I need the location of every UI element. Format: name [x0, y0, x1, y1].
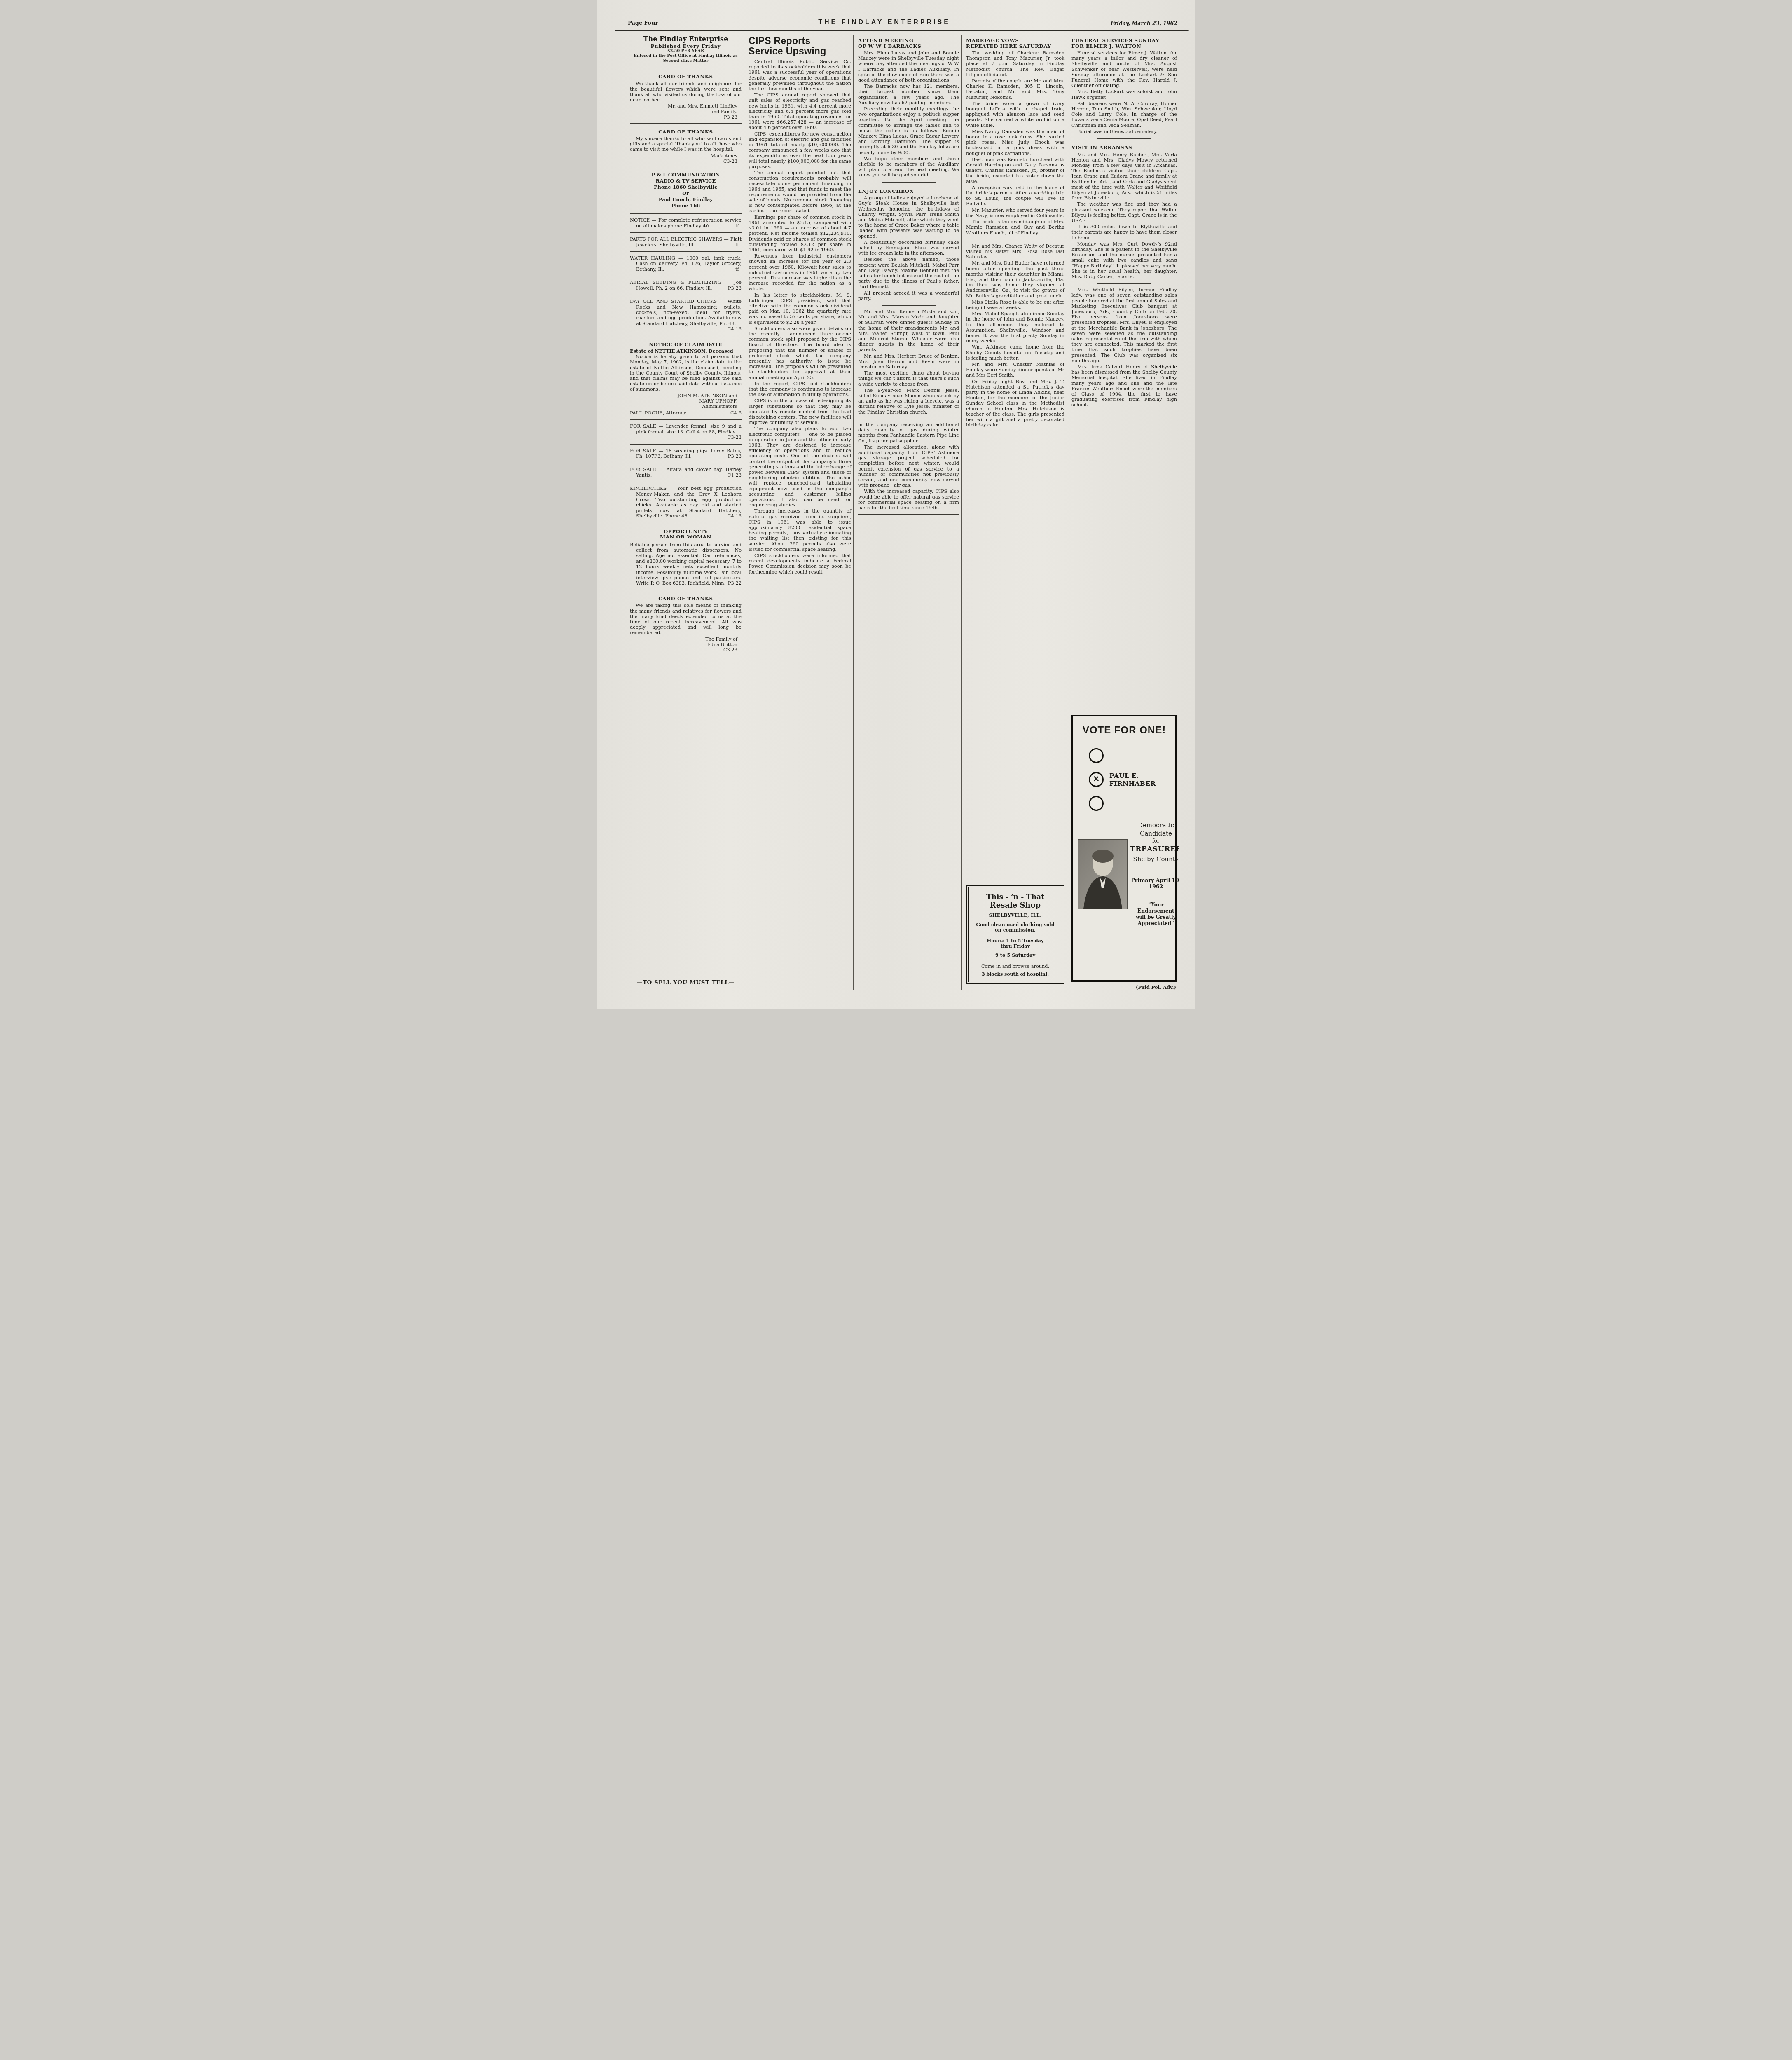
paragraph: CIPS’ expenditures for new construction … [749, 131, 851, 169]
section-rule [630, 167, 742, 167]
issue-date: Friday, March 23, 1962 [1111, 20, 1177, 26]
resale-shop-ad: This - ’n - ThatResale ShopSHELBYVILLE, … [966, 885, 1064, 985]
classified-code: tf [739, 242, 742, 248]
ad-address: 3 blocks south of hospital. [971, 971, 1060, 977]
paragraph: Mrs. Betty Lockart was soloist and John … [1071, 89, 1177, 100]
paragraph: Mr. and Mrs. Dail Butler have returned h… [966, 260, 1064, 298]
section-rule [630, 336, 742, 336]
ad-invite: Come in and browse around. [971, 964, 1060, 969]
headline-line: MAN OR WOMAN [630, 534, 742, 540]
ad-title: This - ’n - That [971, 893, 1060, 901]
ad-hours-line: Hours: 1 to 5 Tuesday [971, 938, 1060, 944]
classified-ad: FOR SALE — Alfalfa and clover hay. Harle… [630, 467, 742, 478]
classified-ad: DAY OLD AND STARTED CHICKS — White Rocks… [630, 299, 742, 332]
ad-heading: VOTE FOR ONE! [1078, 725, 1170, 736]
classified-code: P3-23 [732, 454, 742, 459]
paragraph: Parents of the couple are Mr. and Mrs. C… [966, 78, 1064, 100]
paragraph: The Barracks now has 121 members, their … [858, 84, 959, 105]
political-ad-wrap: VOTE FOR ONE!✕PAUL E. FIRNHABERDemocrati… [1071, 715, 1177, 990]
classified-code: tf [739, 223, 742, 229]
article-headline: CIPS ReportsService Upswing [749, 36, 851, 56]
paragraph: The increased allocation, along with add… [858, 445, 959, 488]
notice-line: Or [630, 190, 742, 197]
section-rule [630, 419, 742, 420]
paragraph: The company also plans to add two electr… [749, 426, 851, 508]
paragraph: All present agreed it was a wonderful pa… [858, 290, 959, 301]
newspaper-title: THE FINDLAY ENTERPRISE [818, 19, 950, 26]
paragraph: Mrs. Whitfield Bilyeu, former Findlay la… [1071, 287, 1177, 363]
paragraph: The wedding of Charlene Ramsden Thompson… [966, 50, 1064, 77]
headline-line: ATTEND MEETING [858, 38, 959, 44]
center-notice: P & L COMMUNICATIONRADIO & TV SERVICEPho… [630, 172, 742, 209]
notice-line: RADIO & TV SERVICE [630, 178, 742, 184]
classified-ad: Reliable person from this area to servic… [630, 542, 742, 586]
paragraph: It is 300 miles down to Blytheville and … [1071, 224, 1177, 241]
column-4: MARRIAGE VOWSREPEATED HERE SATURDAYThe w… [964, 35, 1067, 990]
page-number: Page Four [628, 20, 658, 26]
page-header: Page Four THE FINDLAY ENTERPRISE Friday,… [597, 0, 1195, 30]
paragraph: In his letter to stockholders, M. S. Lut… [749, 293, 851, 325]
classified-ad: FOR SALE — 18 weaning pigs. Leroy Bates,… [630, 448, 742, 459]
paragraph: Besides the above named, those present w… [858, 257, 959, 289]
article-headline: CARD OF THANKS [630, 596, 742, 602]
headline-line: MARRIAGE VOWS [966, 38, 1064, 44]
signature-line: and Family. [630, 109, 737, 115]
quote-line: “Your Endorsement [1130, 902, 1179, 914]
section-rule [630, 213, 742, 214]
headline-line: NOTICE OF CLAIM DATE [630, 342, 742, 348]
article-headline: ENJOY LUNCHEON [858, 189, 959, 194]
column-layout: The Findlay EnterprisePublished Every Fr… [597, 35, 1195, 990]
notice-line: Phone 166 [630, 203, 742, 209]
article-headline: CARD OF THANKS [630, 129, 742, 135]
paragraph: Mr. and Mrs. Chester Mathias of Findlay … [966, 362, 1064, 378]
paragraph: The most exciting thing about buying thi… [858, 370, 959, 387]
paragraph: Mrs. Irma Calvert Henry of Shelbyville h… [1071, 364, 1177, 408]
section-rule [630, 523, 742, 523]
paragraph: Miss Nancy Ramsden was the maid of honor… [966, 129, 1064, 156]
classified-text: KIMBERCHIKS — Your best egg production M… [630, 485, 742, 519]
headline-line: CARD OF THANKS [630, 74, 742, 80]
classified-code: C1-23 [731, 473, 742, 478]
paragraph: Best man was Kenneth Burchaed with Geral… [966, 157, 1064, 184]
classified-ad: NOTICE — For complete refrigeration serv… [630, 218, 742, 229]
newspaper-page: Page Four THE FINDLAY ENTERPRISE Friday,… [597, 0, 1195, 1009]
notice-line: Phone 1860 Shelbyville [630, 184, 742, 190]
candidate-photo [1078, 839, 1128, 909]
section-rule [630, 590, 742, 590]
paragraph: Through increases in the quantity of nat… [749, 508, 851, 552]
article-headline: MARRIAGE VOWSREPEATED HERE SATURDAY [966, 38, 1064, 49]
classified-code: C3-23 [731, 435, 742, 440]
office-line: for [1130, 838, 1179, 844]
ad-location: SHELBYVILLE, ILL. [971, 913, 1060, 918]
classified-ad: KIMBERCHIKS — Your best egg production M… [630, 486, 742, 519]
article-headline: CARD OF THANKS [630, 74, 742, 80]
paragraph: Revenues from industrial customers showe… [749, 253, 851, 291]
paragraph: In the report, CIPS told stockholders th… [749, 381, 851, 398]
headline-line: VISIT IN ARKANSAS [1071, 145, 1177, 151]
paragraph: Mrs. Mabel Spaugh ate dinner Sunday in t… [966, 311, 1064, 344]
signature-line: MARY UPHOFF, [630, 398, 737, 404]
paragraph: Mr. and Mrs. Henry Biedert, Mrs. Verla H… [1071, 152, 1177, 201]
item-rule [882, 305, 936, 306]
paragraph: A beautifully decorated birthday cake ba… [858, 240, 959, 256]
item-rule [1097, 138, 1151, 139]
classified-text: WATER HAULING — 1000 gal. tank truck. Ca… [630, 255, 742, 272]
slogan-line: —TO SELL YOU MUST TELL— [630, 979, 742, 986]
headline-line: CIPS Reports [749, 36, 851, 46]
paragraph: Funeral services for Elmer J. Watton, fo… [1071, 50, 1177, 88]
classified-ad: AERIAL SEEDING & FERTILIZING — Joe Howel… [630, 280, 742, 291]
primary-date: Primary April 10, 1962 [1130, 877, 1179, 890]
paragraph: Monday was Mrs. Curt Dowdy’s 92nd birthd… [1071, 241, 1177, 279]
ballot-circle: ✕ [1089, 772, 1104, 787]
masthead-title: The Findlay Enterprise [630, 35, 742, 43]
paragraph: The bride is the granddaughter of Mrs. M… [966, 219, 1064, 236]
classified-ad: FOR SALE — Lavender formal, size 9 and a… [630, 424, 742, 440]
signature-line: JOHN M. ATKINSON and [630, 393, 737, 398]
paragraph: Earnings per share of common stock in 19… [749, 215, 851, 253]
x-mark-icon: ✕ [1093, 775, 1100, 783]
classified-text: Reliable person from this area to servic… [630, 542, 742, 586]
item-rule [882, 182, 936, 183]
section-rule [630, 482, 742, 482]
section-rule [858, 419, 959, 419]
paragraph: Burial was in Glenwood cemetery. [1071, 129, 1177, 134]
column-3: ATTEND MEETINGOF W W I BARRACKSMrs. Elma… [856, 35, 962, 990]
classified-code: C4-13 [731, 326, 742, 332]
paragraph: Stockholders also were given details on … [749, 326, 851, 380]
paragraph: Mr. and Mrs. Chance Welty of Decatur vis… [966, 243, 1064, 260]
paragraph: Mrs. Elma Lucas and John and Bonnie Mauz… [858, 50, 959, 83]
column-2: CIPS ReportsService UpswingCentral Illin… [746, 35, 854, 990]
classified-text: PARTS FOR ALL ELECTRIC SHAVERS — Platt J… [630, 236, 742, 247]
classified-text: PAUL POGUE, Attorney [630, 410, 686, 416]
classified-text: NOTICE — For complete refrigeration serv… [630, 217, 742, 228]
classified-text: FOR SALE — Alfalfa and clover hay. Harle… [630, 466, 742, 478]
masthead-line: Published Every Friday [630, 44, 742, 49]
article-headline: OPPORTUNITYMAN OR WOMAN [630, 529, 742, 540]
classified-text: FOR SALE — 18 weaning pigs. Leroy Bates,… [630, 448, 742, 459]
ad-office-block: DemocraticCandidateforTREASURERShelby Co… [1128, 821, 1179, 927]
ad-tagline: Good clean used clothing sold on commiss… [973, 922, 1058, 933]
paragraph: We are taking this sole means of thankin… [630, 603, 742, 635]
paragraph: The CIPS annual report showed that unit … [749, 92, 851, 130]
paragraph: The annual report pointed out that const… [749, 170, 851, 214]
section-rule [630, 232, 742, 233]
section-rule [630, 123, 742, 124]
paragraph: CIPS stockholders were informed that rec… [749, 553, 851, 575]
section-rule [630, 68, 742, 68]
classified-code: C3-23 [630, 647, 737, 653]
headline-line: CARD OF THANKS [630, 596, 742, 602]
ballot-options: ✕PAUL E. FIRNHABER [1089, 744, 1170, 815]
signature: Mark AmesC3-23 [630, 153, 742, 164]
signature-line: Edna Britton [630, 642, 737, 647]
item-rule [1097, 283, 1151, 284]
ballot-circle [1089, 796, 1104, 811]
section-rule [630, 251, 742, 252]
classified-code: C4-6 [734, 410, 742, 416]
paragraph: Notice is hereby given to all persons th… [630, 354, 742, 392]
paragraph: Preceding their monthly meetings the two… [858, 106, 959, 155]
ad-hours-line: 9 to 5 Saturday [971, 953, 1060, 958]
office-line: Shelby County [1130, 855, 1179, 863]
ad-hours-line: thru Friday [971, 943, 1060, 949]
section-rule [858, 514, 959, 515]
paragraph: We thank all our friends and neighbors f… [630, 81, 742, 103]
signature-line: Administrators [630, 404, 737, 409]
article-headline: FUNERAL SERVICES SUNDAYFOR ELMER J. WATT… [1071, 38, 1177, 49]
headline-line: OF W W I BARRACKS [858, 44, 959, 49]
office-lines: DemocraticCandidateforTREASURERShelby Co… [1130, 821, 1179, 863]
classified-code: C3-23 [630, 159, 737, 164]
paragraph: Mr. Mazurier, who served four years in t… [966, 208, 1064, 218]
ad-hours: Hours: 1 to 5 Tuesdaythru Friday9 to 5 S… [971, 938, 1060, 958]
item-rule [989, 240, 1042, 240]
classified-code: C4-13 [731, 513, 742, 519]
paid-adv-note: (Paid Pol. Adv.) [1071, 982, 1177, 990]
classified-text: AERIAL SEEDING & FERTILIZING — Joe Howel… [630, 279, 742, 290]
paragraph: Mr. and Mrs. Kenneth Mode and son, Mr. a… [858, 309, 959, 353]
article-headline: VISIT IN ARKANSAS [1071, 145, 1177, 151]
double-rule [630, 973, 742, 975]
article-headline: NOTICE OF CLAIM DATE [630, 342, 742, 348]
ballot-option [1089, 744, 1170, 768]
paragraph: CIPS is in the process of redesigning it… [749, 398, 851, 425]
section-rule [630, 444, 742, 445]
paragraph: A reception was held in the home of the … [966, 185, 1064, 207]
paragraph: Central Illinois Public Service Co. repo… [749, 59, 851, 91]
paragraph: The bride wore a gown of ivory bouquet t… [966, 101, 1064, 128]
classified-ad: WATER HAULING — 1000 gal. tank truck. Ca… [630, 255, 742, 272]
signature: The Family ofEdna BrittonC3-23 [630, 637, 742, 653]
signature: Mr. and Mrs. Emmett Lindleyand Family.P3… [630, 103, 742, 120]
paragraph: With the increased capacity, CIPS also w… [858, 489, 959, 510]
paragraph: in the company receiving an additional d… [858, 422, 959, 444]
classified-text: DAY OLD AND STARTED CHICKS — White Rocks… [630, 298, 742, 326]
masthead-line: Entered in the Post Office at Findlay Il… [630, 54, 742, 63]
signature-line: Mr. and Mrs. Emmett Lindley [630, 103, 737, 109]
classified-code: tf [739, 267, 742, 272]
ballot-option: ✕PAUL E. FIRNHABER [1089, 768, 1170, 791]
classified-text: FOR SALE — Lavender formal, size 9 and a… [630, 423, 742, 434]
estate-lead: Estate of NETTIE ATKINSON, Deceased [630, 349, 742, 354]
section-rule [630, 276, 742, 276]
ad-title: Resale Shop [971, 901, 1060, 910]
column-1: The Findlay EnterprisePublished Every Fr… [628, 35, 744, 990]
political-ad: VOTE FOR ONE!✕PAUL E. FIRNHABERDemocrati… [1071, 715, 1177, 982]
endorsement-quote: “Your Endorsementwill be GreatlyApprecia… [1130, 902, 1179, 927]
headline-line: FOR ELMER J. WATTON [1071, 44, 1177, 49]
masthead: The Findlay EnterprisePublished Every Fr… [630, 35, 742, 63]
office-line: TREASURER [1130, 845, 1179, 853]
headline-line: FUNERAL SERVICES SUNDAY [1071, 38, 1177, 44]
paragraph: The weather was fine and they had a plea… [1071, 201, 1177, 223]
article-headline: ATTEND MEETINGOF W W I BARRACKS [858, 38, 959, 49]
paragraph: We hope other members and those eligible… [858, 156, 959, 178]
office-line: Candidate [1130, 829, 1179, 838]
classified-code: P3-22 [732, 581, 742, 586]
office-line: Democratic [1130, 821, 1179, 829]
section-rule [630, 295, 742, 295]
paragraph: Mr. and Mrs. Herbert Bruce of Benton, Mr… [858, 353, 959, 370]
classified-code: P3-23 [732, 286, 742, 291]
quote-line: Appreciated” [1130, 920, 1179, 927]
paragraph: On Friday night Rev. and Mrs. J. T. Hutc… [966, 379, 1064, 428]
paragraph: Miss Stella Rose is able to be out after… [966, 300, 1064, 310]
column-5: FUNERAL SERVICES SUNDAYFOR ELMER J. WATT… [1069, 35, 1179, 990]
candidate-name: PAUL E. FIRNHABER [1109, 772, 1170, 787]
headline-line: ENJOY LUNCHEON [858, 189, 959, 194]
paragraph: My sincere thanks to all who sent cards … [630, 136, 742, 152]
headline-line: CARD OF THANKS [630, 129, 742, 135]
signature: JOHN M. ATKINSON andMARY UPHOFF,Administ… [630, 393, 742, 410]
ballot-option [1089, 791, 1170, 815]
header-rule [615, 30, 1189, 31]
quote-line: will be Greatly [1130, 914, 1179, 920]
headline-line: OPPORTUNITY [630, 529, 742, 535]
notice-line: Paul Enoch, Findlay [630, 197, 742, 203]
paragraph: Wm. Atkinson came home from the Shelby C… [966, 344, 1064, 361]
section-rule [630, 463, 742, 463]
classified-code: P3-23 [630, 115, 737, 120]
notice-line: P & L COMMUNICATION [630, 172, 742, 178]
headline-line: Service Upswing [749, 46, 851, 56]
ballot-circle [1089, 748, 1104, 763]
headline-line: REPEATED HERE SATURDAY [966, 44, 1064, 49]
resale-shop-ad-inner: This - ’n - ThatResale ShopSHELBYVILLE, … [968, 887, 1062, 983]
paragraph: The 9-year-old Mark Dennis Jesse, killed… [858, 388, 959, 415]
signature-line: The Family of [630, 637, 737, 642]
paragraph: Pall bearers were N. A. Cordray, Homer H… [1071, 101, 1177, 128]
ad-body: DemocraticCandidateforTREASURERShelby Co… [1078, 821, 1170, 927]
masthead-line: $2.50 PER YEAR [630, 49, 742, 54]
classified-ad: PAUL POGUE, AttorneyC4-6 [630, 410, 742, 416]
signature-line: Mark Ames [630, 153, 737, 159]
paragraph: A group of ladies enjoyed a luncheon at … [858, 195, 959, 239]
classified-ad: PARTS FOR ALL ELECTRIC SHAVERS — Platt J… [630, 236, 742, 248]
